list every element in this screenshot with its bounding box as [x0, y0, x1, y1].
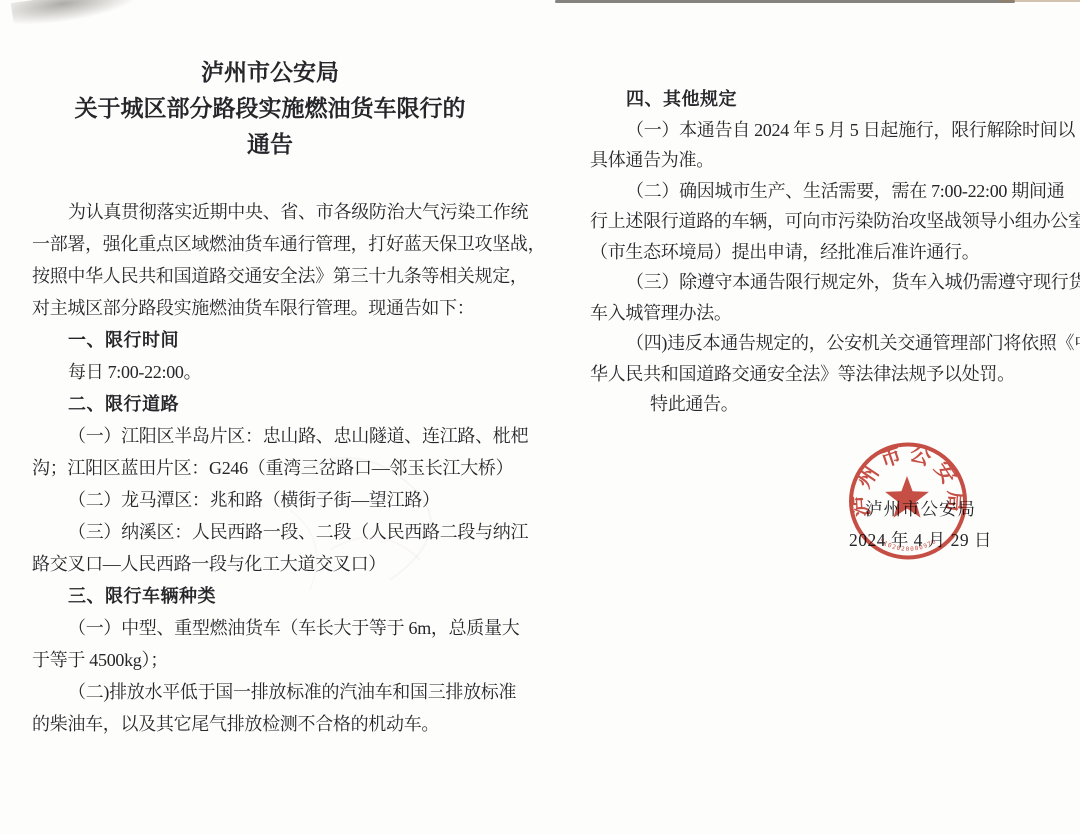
- notice-title: 泸州市公安局 关于城区部分路段实施燃油货车限行的 通告: [32, 54, 508, 162]
- body-line: （二）确因城市生产、生活需要，需在 7:00-22:00 期间通: [590, 176, 1068, 207]
- official-seal: 泸州市公安局 5102020000976: [843, 435, 983, 575]
- body-line: 一部署，强化重点区域燃油货车通行管理，打好蓝天保卫攻坚战，: [32, 228, 532, 260]
- body-line: 对主城区部分路段实施燃油货车限行管理。现通告如下：: [32, 292, 532, 324]
- seal-serial-number: 5102020000976: [878, 538, 938, 553]
- notice-title-line-1: 泸州市公安局: [32, 54, 508, 90]
- body-line: 的柴油车，以及其它尾气排放检测不合格的机动车。: [32, 708, 532, 740]
- body-line: （一）中型、重型燃油货车（车长大于等于 6m，总质量大: [32, 612, 532, 644]
- body-line: 二、限行道路: [32, 388, 532, 420]
- body-line: 车入城管理办法。: [590, 298, 1068, 329]
- body-line: 每日 7:00-22:00。: [32, 356, 532, 388]
- scan-smudge-top-left: [11, 0, 143, 29]
- body-line: （二)排放水平低于国一排放标准的汽油车和国三排放标准: [32, 676, 532, 708]
- body-line: （一）本通告自 2024 年 5 月 5 日起施行，限行解除时间以: [590, 115, 1068, 146]
- scan-edge-line: [555, 0, 1015, 3]
- body-line: （市生态环境局）提出申请，经批准后准许通行。: [590, 237, 1068, 268]
- left-column: 为认真贯彻落实近期中央、省、市各级防治大气污染工作统一部署，强化重点区域燃油货车…: [32, 196, 532, 740]
- body-line: 沟；江阳区蓝田片区：G246（重湾三岔路口—邻玉长江大桥）: [32, 452, 532, 484]
- scanned-notice-page: 泸州市公安局 关于城区部分路段实施燃油货车限行的 通告 为认真贯彻落实近期中央、…: [0, 0, 1080, 834]
- body-line: （二）龙马潭区：兆和路（横街子街—望江路）: [32, 484, 532, 516]
- body-line: 一、限行时间: [32, 324, 532, 356]
- notice-title-line-3: 通告: [32, 126, 508, 162]
- body-line: 于等于 4500kg）；: [32, 644, 532, 676]
- body-line: 行上述限行道路的车辆，可向市污染防治攻坚战领导小组办公室: [590, 206, 1068, 237]
- body-line: 具体通告为准。: [590, 145, 1068, 176]
- body-line: （三）纳溪区：人民西路一段、二段（人民西路二段与纳江: [32, 516, 532, 548]
- body-line: 四、其他规定: [590, 84, 1068, 115]
- body-line: 三、限行车辆种类: [32, 580, 532, 612]
- scan-edge-line-faint: [1000, 0, 1080, 2]
- body-line: （一）江阳区半岛片区：忠山路、忠山隧道、连江路、枇杷: [32, 420, 532, 452]
- notice-title-line-2: 关于城区部分路段实施燃油货车限行的: [32, 90, 508, 126]
- seal-star-icon: [885, 476, 929, 518]
- body-line: 路交叉口—人民西路一段与化工大道交叉口）: [32, 548, 532, 580]
- body-line: 华人民共和国道路交通安全法》等法律法规予以处罚。: [590, 359, 1068, 390]
- body-line: （三）除遵守本通告限行规定外，货车入城仍需遵守现行货: [590, 267, 1068, 298]
- right-column: 四、其他规定（一）本通告自 2024 年 5 月 5 日起施行，限行解除时间以具…: [590, 84, 1068, 420]
- body-line: 按照中华人民共和国道路交通安全法》第三十九条等相关规定，: [32, 260, 532, 292]
- body-line: （四)违反本通告规定的，公安机关交通管理部门将依照《中: [590, 328, 1068, 359]
- seal-graphic: 泸州市公安局 5102020000976: [848, 441, 966, 558]
- body-line: 为认真贯彻落实近期中央、省、市各级防治大气污染工作统: [32, 196, 532, 228]
- body-line: 特此通告。: [590, 389, 1068, 420]
